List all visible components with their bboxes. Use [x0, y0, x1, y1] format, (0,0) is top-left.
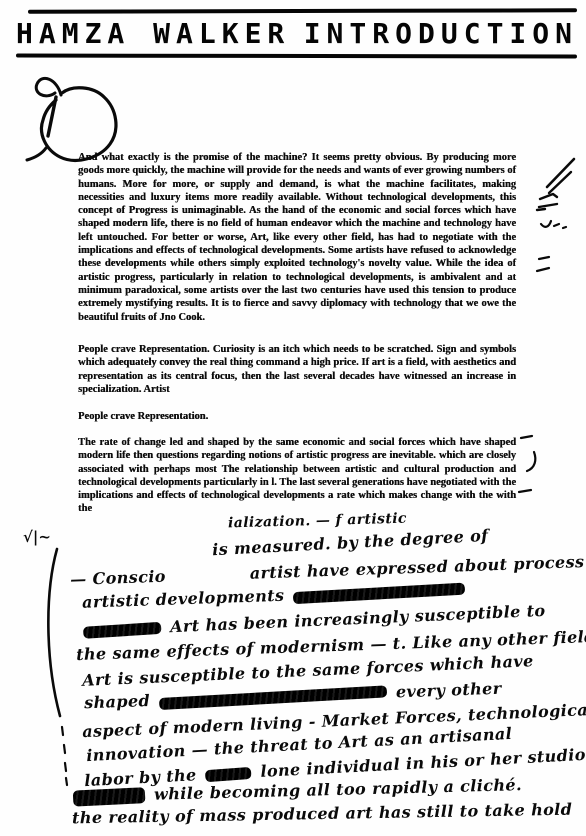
handwriting-line-8-start: shaped [84, 691, 151, 712]
doodle-stem [48, 97, 56, 136]
scribbled-out-word-3 [73, 787, 146, 806]
handwriting-line-8-end: every other [396, 679, 502, 702]
handwriting-line-1: ialization. — f artistic [228, 511, 407, 532]
header-top-rule [28, 8, 577, 13]
margin-check-mark [541, 221, 566, 228]
handwriting-line-4-text: artistic developments [82, 586, 285, 612]
header-bottom-rule [16, 54, 577, 59]
paragraph-machine-promise: And what exactly is the promise of the m… [78, 151, 516, 324]
margin-slash-mark [547, 159, 574, 187]
handwriting-line-2: is measured. by the degree of [212, 526, 489, 559]
author-name: HAMZA WALKER [16, 17, 290, 50]
handwriting-left-bracket-dashes [62, 727, 67, 785]
paragraph-representation: People crave Representation. Curiosity i… [78, 343, 516, 396]
doodle-tail [27, 148, 46, 160]
scribbled-out-word [83, 621, 162, 638]
scribbled-out-word-2 [205, 766, 252, 781]
p4-margin-dash-bottom [519, 490, 531, 492]
margin-foot-mark [540, 194, 557, 199]
paragraph-rate-of-change: The rate of change led and shaped by the… [78, 436, 516, 516]
handwriting-line-3-start: — Conscio [70, 567, 166, 589]
paragraph-representation-repeat: People crave Representation. [78, 410, 516, 423]
scribbled-out-words [293, 582, 465, 604]
scribbled-out-phrase [159, 685, 387, 710]
page-title: INTRODUCTION [304, 17, 578, 50]
doodle-circle [42, 88, 116, 161]
p4-margin-dash-top [521, 436, 532, 438]
margin-z-mark [537, 257, 549, 271]
left-margin-check-mark: √|~ [23, 528, 51, 546]
doodle-loop [36, 78, 61, 95]
margin-dash-mark [537, 204, 557, 210]
scanned-document-page: HAMZA WALKER INTRODUCTION And what exact… [0, 0, 586, 836]
handwriting-line-3-end: artist have expressed about process [249, 552, 584, 583]
p4-margin-hook [527, 452, 535, 471]
margin-slash-mark-2 [549, 172, 571, 193]
handwriting-left-bracket [48, 549, 60, 716]
